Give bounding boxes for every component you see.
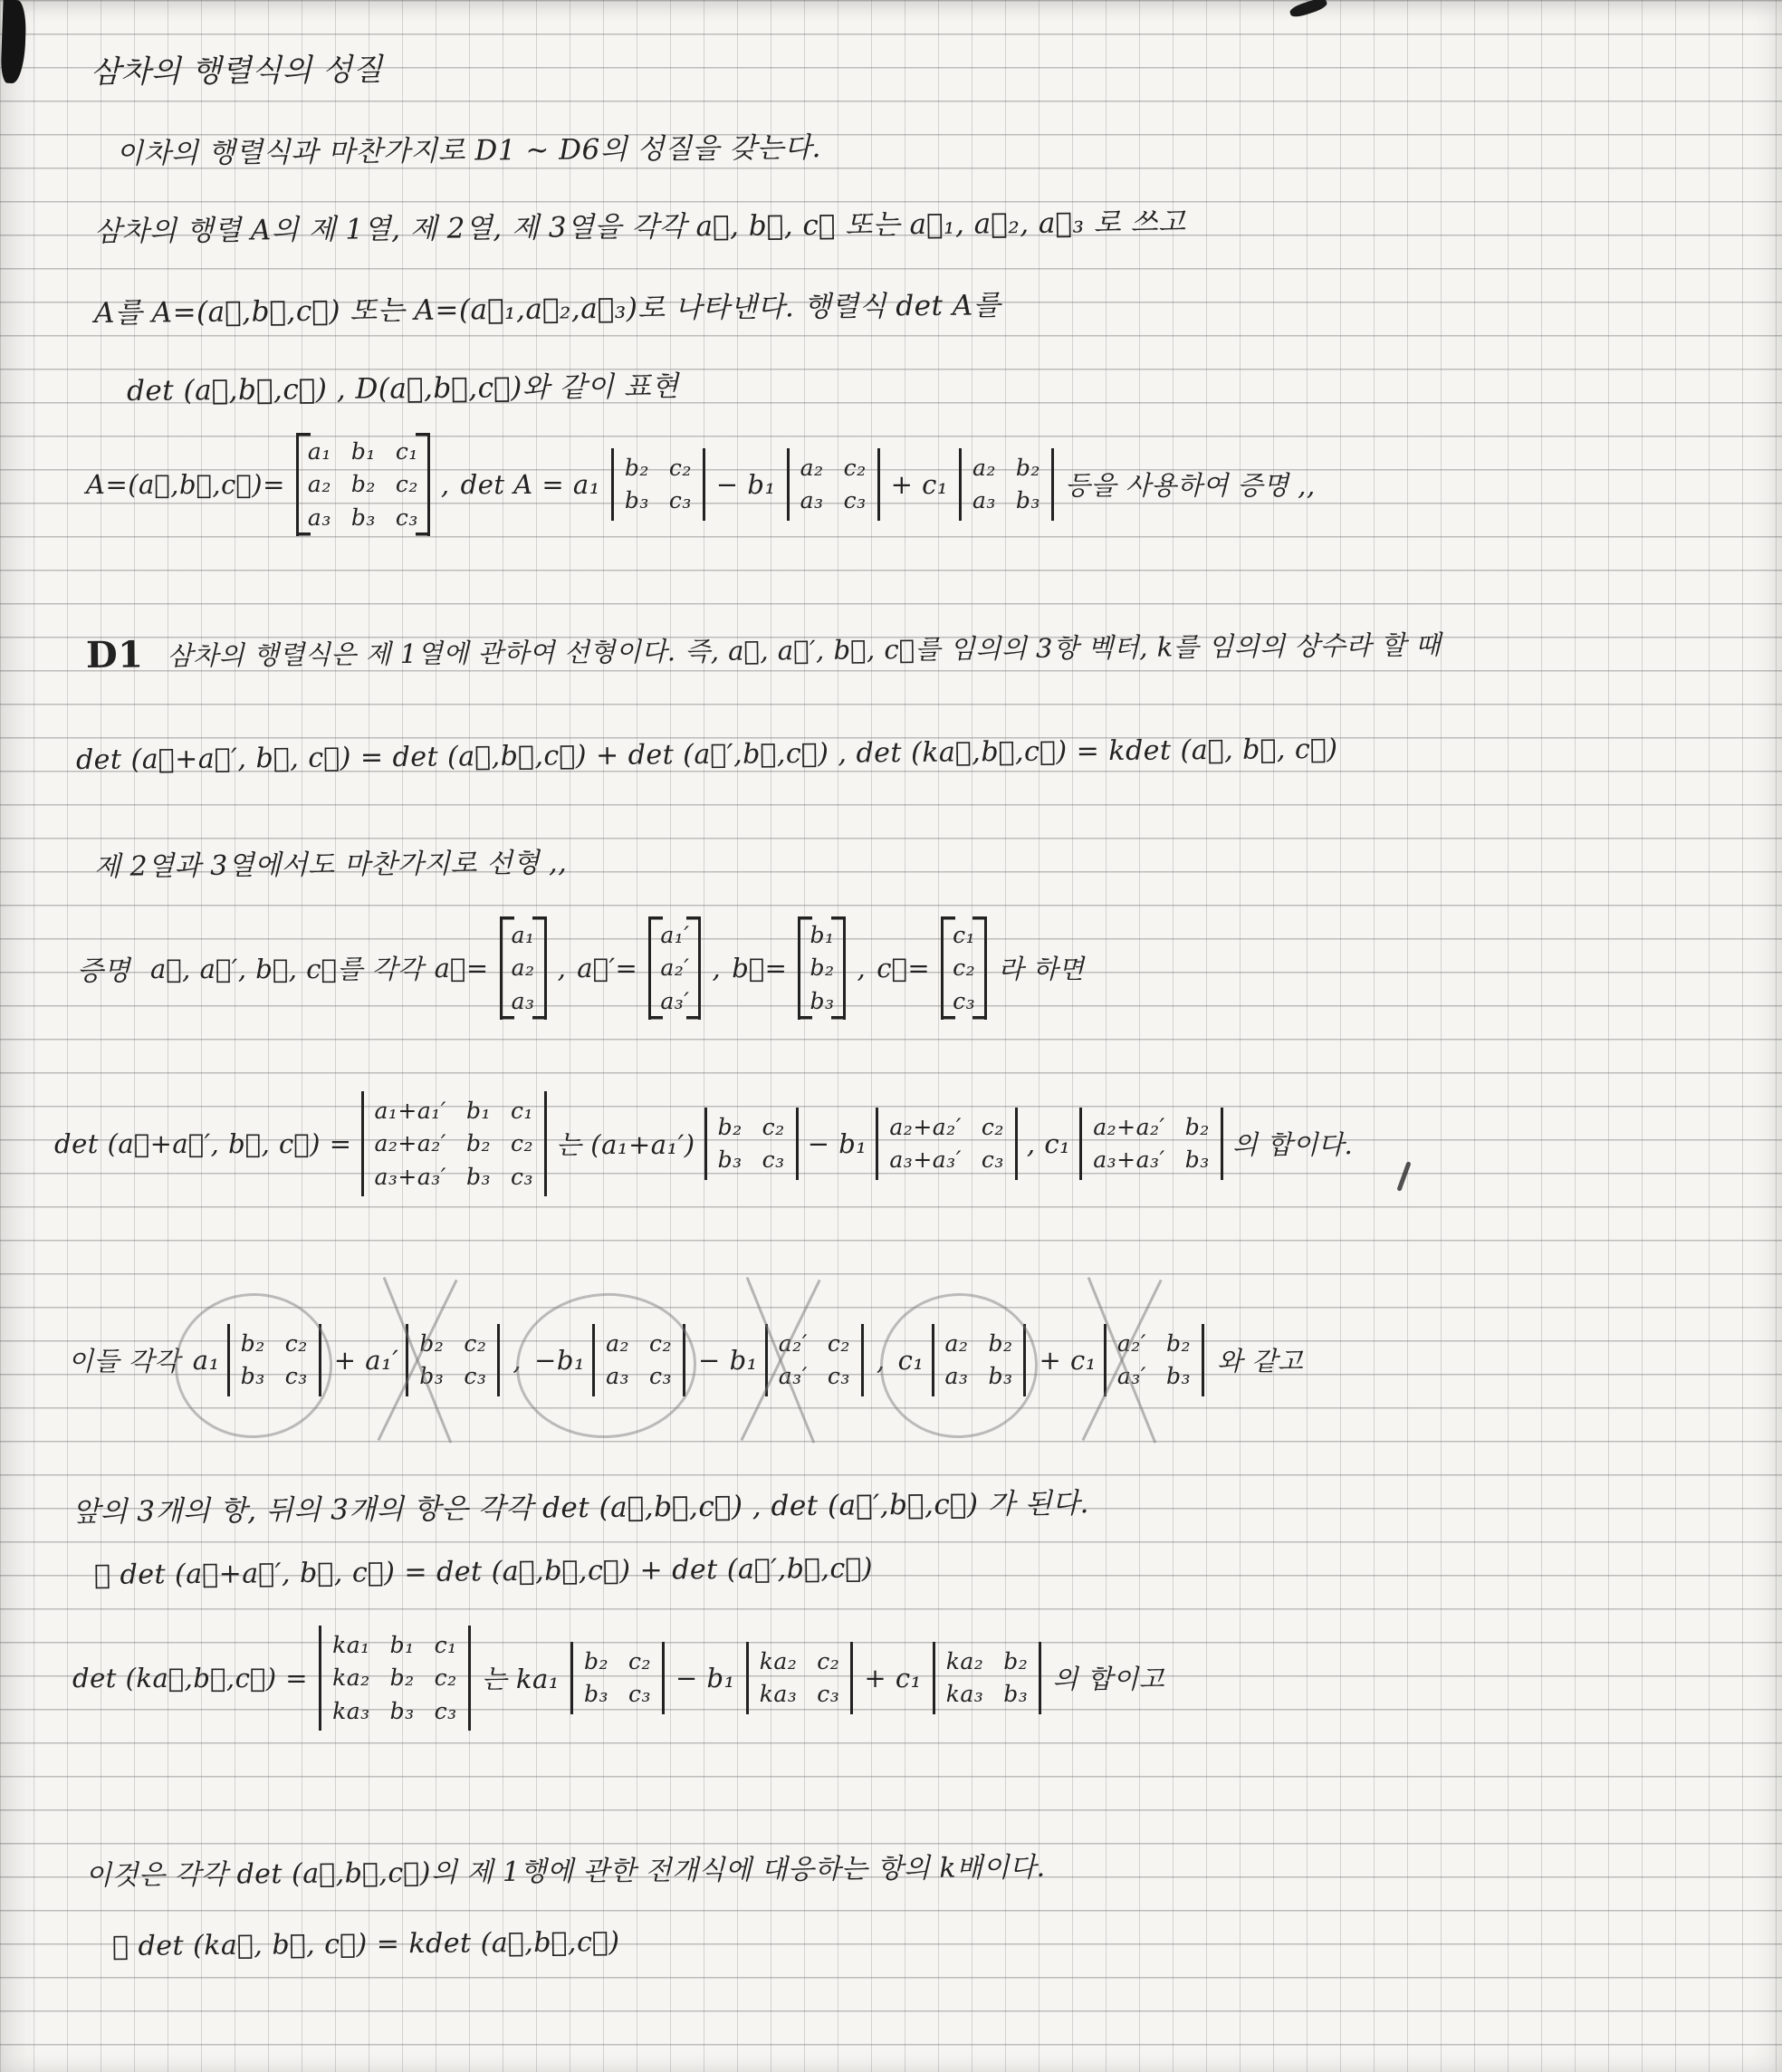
comma-separator: , [857, 953, 866, 983]
definition-detA-row: A=(a⃗,b⃗,c⃗)= a₁b₁c₁a₂b₂c₂a₃b₃c₃ , det A… [86, 433, 1316, 536]
vector-c-column: c₁c₂c₃ [944, 916, 984, 1020]
coefficient-minus-b1: − b₁ [698, 1345, 758, 1376]
minor-determinant: b₂c₂b₃c₃ [704, 1108, 799, 1180]
matrix-cell: c₂ [828, 1329, 850, 1357]
matrix-cell: c₃ [628, 1680, 651, 1708]
vector-b-lhs: b⃗= [732, 953, 787, 983]
matrix-cell: c₃ [285, 1362, 308, 1390]
matrix-cell: b₂ [351, 470, 376, 498]
vector-a-prime-column: a₁′a₂′a₃′ [651, 916, 698, 1020]
matrix-cell: a₂′ [779, 1329, 808, 1357]
matrix-cell: c₃ [511, 1163, 533, 1191]
operator-plus-c1: + c₁ [891, 469, 948, 500]
matrix-cell: c₃ [844, 486, 867, 514]
comma-separator: , [513, 1345, 522, 1376]
matrix-cell: c₂ [669, 454, 692, 482]
vector-a-brackets: a₁a₂a₃ [500, 916, 547, 1020]
matrix-cell: a₂′ [660, 954, 689, 982]
minor-determinant: a₂′c₂a₃′c₃ [765, 1324, 864, 1396]
matrix-cell: a₂ [512, 954, 535, 982]
matrix-A-brackets: a₁b₁c₁a₂b₂c₂a₃b₃c₃ [296, 433, 430, 536]
matrix-cell: ka₃ [760, 1680, 798, 1708]
matrix-cell: a₃′ [779, 1362, 808, 1390]
comma-separator: , [877, 1345, 886, 1376]
matrix-cell: b₁ [466, 1097, 491, 1125]
matrix-cell: b₂ [241, 1329, 265, 1357]
term-2: + a₁′ b₂c₂b₃c₃ [334, 1324, 501, 1396]
matrix-cell: a₂+a₂′ [889, 1113, 961, 1141]
matrix-cell: b₂ [1003, 1647, 1028, 1675]
matrix-cell: b₂ [810, 954, 834, 982]
matrix-cell: b₃ [1185, 1146, 1210, 1174]
expansion-k-lhs: det (ka⃗,b⃗,c⃗) = [72, 1663, 308, 1693]
expansion-sum-row: det (a⃗+a⃗′, b⃗, c⃗) = a₁+a₁′b₁c₁a₂+a₂′b… [54, 1091, 1353, 1196]
matrix-cell: b₁ [810, 921, 834, 949]
determinant-3x3-k: ka₁b₁c₁ka₂b₂c₂ka₃b₃c₃ [319, 1626, 471, 1731]
minor-determinant: a₂+a₂′c₂a₃+a₃′c₃ [876, 1108, 1018, 1180]
matrix-cell: c₂ [285, 1329, 308, 1357]
matrix-cell: c₁ [953, 921, 975, 949]
matrix-cell: b₃ [584, 1680, 608, 1708]
intro-line-3: A를 A=(a⃗,b⃗,c⃗) 또는 A=(a⃗₁,a⃗₂,a⃗₃)로 나타낸다… [94, 282, 1001, 331]
matrix-cell: a₂ [606, 1329, 629, 1357]
matrix-cell: b₁ [390, 1631, 415, 1659]
term-5: c₁ a₂b₂a₃b₃ [898, 1324, 1027, 1396]
coefficient-minus-b1: −b₁ [534, 1345, 585, 1376]
matrix-cell: b₃ [241, 1362, 265, 1390]
minor-determinant: a₂c₂a₃c₃ [592, 1324, 685, 1396]
matrix-cell: c₃ [669, 486, 692, 514]
vector-a-prime-brackets: a₁′a₂′a₃′ [648, 916, 701, 1020]
expansion-k-tail: 의 합이고 [1052, 1659, 1164, 1696]
expansion-sum-tail: 의 합이다. [1232, 1125, 1354, 1162]
minor-determinant: a₂b₂a₃b₃ [932, 1324, 1027, 1396]
term-1: a₁ b₂c₂b₃c₃ [193, 1324, 321, 1396]
minor-determinant: b₂c₂b₃c₃ [227, 1324, 321, 1396]
matrix-cell: a₃ [945, 1362, 969, 1390]
matrix-cell: c₂ [817, 1647, 839, 1675]
matrix-cell: c₂ [844, 454, 867, 482]
intro-line-4: det (a⃗,b⃗,c⃗) , D(a⃗,b⃗,c⃗)와 같이 표현 [127, 363, 679, 408]
conclusion-2-text: 이것은 각각 det (a⃗,b⃗,c⃗)의 제 1행에 관한 전개식에 대응하… [85, 1845, 1046, 1893]
matrix-cell: c₂ [649, 1329, 672, 1357]
expansion-sum-mid: 는 (a₁+a₁′) [556, 1125, 695, 1162]
comma-separator: , [441, 469, 450, 500]
operator-minus-b1: − b₁ [808, 1128, 867, 1159]
matrix-cell: c₁ [511, 1097, 533, 1125]
matrix-cell: c₃ [649, 1362, 672, 1390]
comma-separator: , [712, 953, 721, 983]
matrix-cell: b₂ [390, 1664, 415, 1692]
vector-c-brackets: c₁c₂c₃ [941, 916, 987, 1020]
matrix-cell: ka₂ [760, 1647, 798, 1675]
matrix-cell: a₃ [800, 486, 824, 514]
d1-note: 제 2열과 3열에서도 마찬가지로 선형 ,, [94, 839, 568, 884]
minor-determinant: b₂c₂b₃c₃ [570, 1642, 665, 1714]
matrix-cell: ka₁ [332, 1631, 370, 1659]
matrix-cell: b₁ [351, 437, 376, 465]
matrix-cell: a₁ [512, 921, 535, 949]
vector-b-column: b₁b₂b₃ [800, 916, 843, 1020]
coefficient-c1: c₁ [898, 1345, 925, 1376]
matrix-cell: a₃′ [660, 987, 689, 1015]
matrix-cell: a₃+a₃′ [1093, 1146, 1164, 1174]
vector-a-column: a₁a₂a₃ [503, 916, 544, 1020]
matrix-cell: b₃ [466, 1163, 491, 1191]
intro-line-1: 이차의 행렬식과 마찬가지로 D1 ~ D6의 성질을 갖는다. [116, 124, 821, 171]
expansion-k-row: det (ka⃗,b⃗,c⃗) = ka₁b₁c₁ka₂b₂c₂ka₃b₃c₃ … [72, 1626, 1164, 1731]
operator-comma-c1: , c₁ [1027, 1128, 1070, 1159]
matrix-cell: c₂ [435, 1664, 457, 1692]
expansion-k-mid: 는 ka₁ [482, 1659, 560, 1696]
matrix-cell: a₁′ [660, 921, 689, 949]
page-title: 삼차의 행렬식의 성질 [91, 44, 383, 91]
matrix-cell: c₂ [511, 1129, 533, 1157]
matrix-cell: b₃ [625, 486, 649, 514]
matrix-cell: c₂ [982, 1113, 1004, 1141]
matrix-cell: ka₂ [946, 1647, 984, 1675]
matrix-cell: a₃+a₃′ [889, 1146, 961, 1174]
d1-statement: 삼차의 행렬식은 제 1열에 관하여 선형이다. 즉, a⃗, a⃗′, b⃗,… [167, 625, 1441, 673]
scanned-note-page: { "colors":{"ink":"#222222","pencil":"#8… [0, 0, 1782, 2072]
matrix-A: a₁b₁c₁a₂b₂c₂a₃b₃c₃ [299, 433, 427, 536]
matrix-cell: a₂ [945, 1329, 969, 1357]
conclusion-1-therefore: ∴ det (a⃗+a⃗′, b⃗, c⃗) = det (a⃗,b⃗,c⃗) … [94, 1552, 873, 1591]
minor-determinant: a₂+a₂′b₂a₃+a₃′b₃ [1079, 1108, 1223, 1180]
minor-determinant-a2c2: a₂c₂a₃c₃ [787, 448, 880, 521]
matrix-cell: a₂ [800, 454, 824, 482]
matrix-cell: c₃ [953, 987, 975, 1015]
matrix-cell: c₂ [396, 470, 418, 498]
operator-minus-b1: − b₁ [716, 469, 776, 500]
matrix-cell: a₂′ [1117, 1329, 1146, 1357]
coefficient-a1: a₁ [193, 1345, 220, 1376]
matrix-cell: a₃ [972, 486, 996, 514]
proof-setup-row: 증명 a⃗, a⃗′, b⃗, c⃗를 각각 a⃗= a₁a₂a₃ , a⃗′=… [77, 916, 1084, 1020]
vector-c-lhs: c⃗= [877, 953, 930, 983]
expansion-sum-lhs: det (a⃗+a⃗′, b⃗, c⃗) = [54, 1128, 352, 1159]
matrix-cell: a₂+a₂′ [1093, 1113, 1164, 1141]
vector-a-prime-lhs: a⃗′= [577, 953, 637, 983]
matrix-cell: c₃ [982, 1146, 1004, 1174]
matrix-cell: b₂ [988, 1329, 1012, 1357]
six-terms-lead: 이들 각각 [68, 1341, 180, 1378]
term-4: − b₁ a₂′c₂a₃′c₃ [698, 1324, 864, 1396]
matrix-cell: ka₃ [332, 1697, 370, 1725]
operator-plus-c1: + c₁ [864, 1663, 921, 1693]
coefficient-c1: + c₁ [1039, 1345, 1096, 1376]
matrix-cell: b₃ [419, 1362, 444, 1390]
matrix-cell: a₁+a₁′ [375, 1097, 446, 1125]
comma-separator: , [558, 953, 567, 983]
matrix-cell: b₂ [419, 1329, 444, 1357]
minor-determinant-b2c2: b₂c₂b₃c₃ [611, 448, 705, 521]
operator-minus-b1: − b₁ [675, 1663, 735, 1693]
matrix-cell: b₃ [1166, 1362, 1191, 1390]
matrix-cell: b₂ [584, 1647, 608, 1675]
conclusion-2-therefore: ∴ det (ka⃗, b⃗, c⃗) = kdet (a⃗,b⃗,c⃗) [112, 1926, 620, 1962]
matrix-cell: c₂ [762, 1113, 785, 1141]
coefficient-a1-prime: + a₁′ [334, 1345, 399, 1376]
matrix-cell: a₃ [512, 987, 535, 1015]
matrix-cell: c₃ [396, 504, 418, 532]
vector-a-lhs: a⃗= [435, 953, 489, 983]
proof-label: 증명 [77, 948, 130, 988]
matrix-cell: b₃ [988, 1362, 1012, 1390]
matrix-cell: a₃ [308, 504, 331, 532]
vector-b-brackets: b₁b₂b₃ [798, 916, 846, 1020]
minor-determinant: a₂′b₂a₃′b₃ [1104, 1324, 1204, 1396]
matrix-cell: c₃ [817, 1680, 839, 1708]
matrix-cell: a₂ [308, 470, 331, 498]
minor-determinant: b₂c₂b₃c₃ [406, 1324, 500, 1396]
matrix-cell: b₂ [718, 1113, 742, 1141]
minor-determinant-a2b2: a₂b₂a₃b₃ [959, 448, 1054, 521]
six-terms-tail: 와 같고 [1217, 1341, 1303, 1378]
matrix-cell: b₃ [1003, 1680, 1028, 1708]
matrix-cell: ka₂ [332, 1664, 370, 1692]
matrix-cell: b₃ [810, 987, 834, 1015]
matrix-cell: b₃ [1016, 486, 1040, 514]
matrix-cell: a₂+a₂′ [375, 1129, 446, 1157]
matrix-cell: c₂ [628, 1647, 651, 1675]
matrix-cell: a₁ [308, 437, 331, 465]
d1-label: D1 [86, 633, 144, 676]
matrix-cell: a₂ [972, 454, 996, 482]
matrix-cell: a₃+a₃′ [375, 1163, 446, 1191]
matrix-cell: b₃ [718, 1146, 742, 1174]
matrix-cell: c₁ [435, 1631, 457, 1659]
matrix-cell: b₂ [625, 454, 649, 482]
term-6: + c₁ a₂′b₂a₃′b₃ [1039, 1324, 1204, 1396]
matrix-cell: a₃ [606, 1362, 629, 1390]
matrix-cell: b₂ [1016, 454, 1040, 482]
term-3: −b₁ a₂c₂a₃c₃ [534, 1324, 685, 1396]
matrix-cell: ka₃ [946, 1680, 984, 1708]
matrix-cell: b₂ [466, 1129, 491, 1157]
six-terms-row: 이들 각각 a₁ b₂c₂b₃c₃ + a₁′ b₂c₂b₃c₃ , −b₁ a… [68, 1324, 1303, 1396]
minor-determinant: ka₂b₂ka₃b₃ [933, 1642, 1042, 1714]
matrix-cell: b₂ [1166, 1329, 1191, 1357]
detA-expansion-lhs: det A = a₁ [461, 469, 600, 500]
matrix-cell: b₂ [1185, 1113, 1210, 1141]
matrix-cell: b₃ [351, 504, 376, 532]
proof-outro: 라 하면 [998, 949, 1084, 986]
proof-intro: a⃗, a⃗′, b⃗, c⃗를 각각 [150, 949, 424, 986]
determinant-3x3-sum: a₁+a₁′b₁c₁a₂+a₂′b₂c₂a₃+a₃′b₃c₃ [361, 1091, 548, 1196]
matrix-cell: b₃ [390, 1697, 415, 1725]
matrix-cell: c₁ [396, 437, 418, 465]
matrix-A-lhs: A=(a⃗,b⃗,c⃗)= [86, 469, 285, 500]
matrix-cell: a₃′ [1117, 1362, 1146, 1390]
minor-determinant: ka₂c₂ka₃c₃ [746, 1642, 854, 1714]
matrix-cell: c₃ [464, 1362, 486, 1390]
matrix-cell: c₃ [435, 1697, 457, 1725]
matrix-cell: c₃ [762, 1146, 785, 1174]
matrix-cell: c₃ [828, 1362, 850, 1390]
matrix-cell: c₂ [953, 954, 975, 982]
detA-expansion-tail: 등을 사용하여 증명 ,, [1065, 465, 1316, 503]
matrix-cell: c₂ [464, 1329, 486, 1357]
